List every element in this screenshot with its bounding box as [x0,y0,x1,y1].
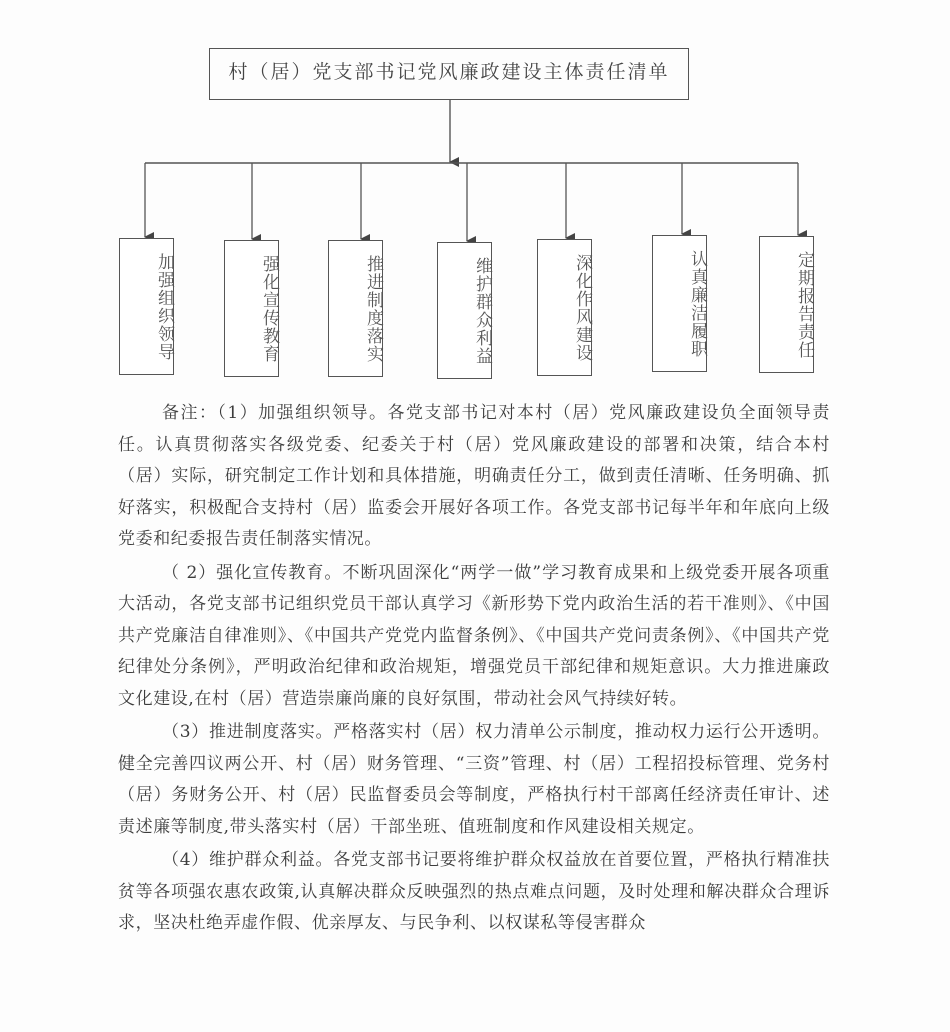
diagram-child-box: 维护群众利益 [437,242,492,379]
diagram-child-label: 认真廉洁履职 [653,244,706,364]
diagram-child-label: 强化宣传教育 [225,249,278,369]
diagram-child-label: 深化作风建设 [538,248,591,368]
note-paragraph-2: （ 2）强化宣传教育。不断巩固深化“两学一做”学习教育成果和上级党委开展各项重大… [118,558,830,716]
diagram-child-label: 推进制度落实 [329,249,382,369]
diagram-child-box: 推进制度落实 [328,240,383,377]
note-paragraph-4: （4）维护群众利益。各党支部书记要将维护群众权益放在首要位置，严格执行精准扶贫等… [118,845,830,940]
diagram-root-box: 村（居）党支部书记党风廉政建设主体责任清单 [209,48,689,100]
diagram-child-box: 认真廉洁履职 [652,235,707,372]
diagram-child-label: 加强组织领导 [120,247,173,367]
note-paragraph-1: 备注：（1）加强组织领导。各党支部书记对本村（居）党风廉政建设负全面领导责任。认… [118,398,830,556]
notes-section: 备注：（1）加强组织领导。各党支部书记对本村（居）党风廉政建设负全面领导责任。认… [118,398,830,940]
diagram-child-box: 定期报告责任 [759,236,814,373]
note-paragraph-3: （3）推进制度落实。严格落实村（居）权力清单公示制度，推动权力运行公开透明。健全… [118,717,830,843]
diagram-child-label: 定期报告责任 [760,245,813,365]
diagram-child-box: 深化作风建设 [537,239,592,376]
diagram-child-box: 加强组织领导 [119,238,174,375]
diagram-child-label: 维护群众利益 [438,251,491,371]
document-page: 村（居）党支部书记党风廉政建设主体责任清单 加强组织领导 强化宣传教育 推进制度… [0,0,950,1032]
diagram-root-label: 村（居）党支部书记党风廉政建设主体责任清单 [210,57,688,84]
diagram-child-box: 强化宣传教育 [224,240,279,377]
